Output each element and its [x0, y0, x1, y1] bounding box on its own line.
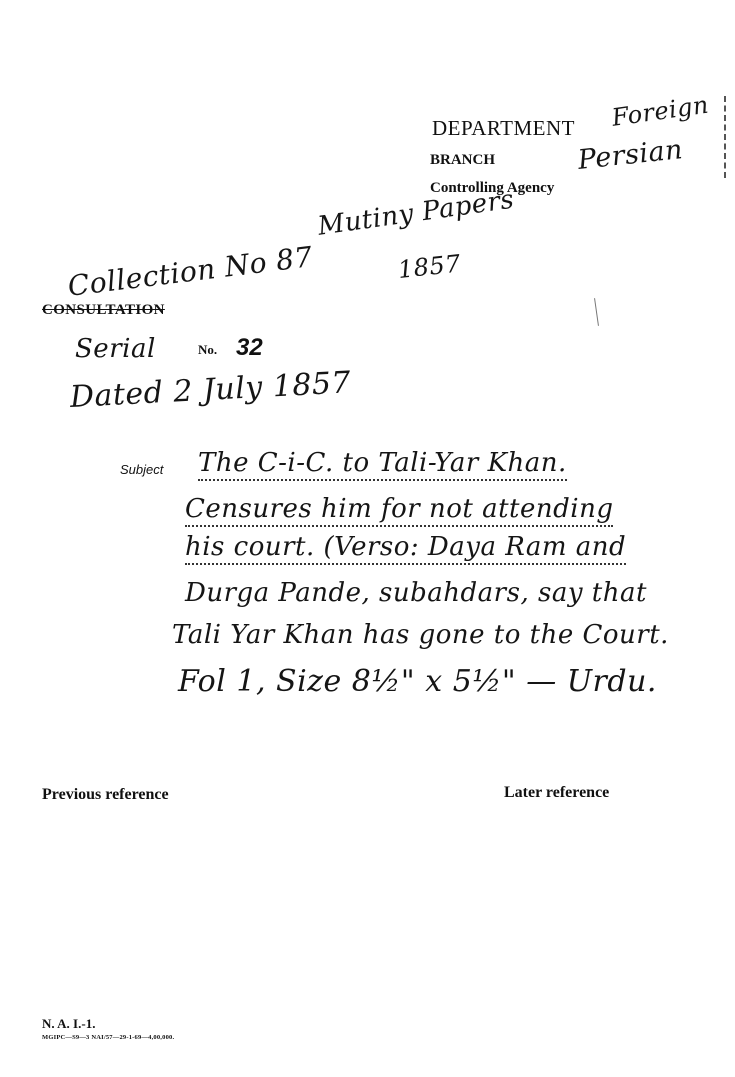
- consultation-text: CONSULTATION: [42, 302, 165, 318]
- branch-label: BRANCH: [430, 152, 495, 169]
- previous-reference-label: Previous reference: [42, 786, 169, 804]
- subject-line: Tali Yar Khan has gone to the Court.: [172, 620, 669, 650]
- later-reference-label: Later reference: [504, 784, 609, 802]
- edge-mark: [724, 96, 728, 178]
- annotation-year: 1857: [397, 249, 463, 283]
- dated: Dated 2 July 1857: [69, 365, 352, 415]
- subject-label: Subject: [120, 462, 163, 477]
- branch-value: Persian: [576, 134, 684, 176]
- consultation-label: CONSULTATION: [42, 302, 165, 319]
- print-code: MGIPC—S9—3 NAI/57—29-1-69—4,00,000.: [42, 1034, 174, 1041]
- department-label: DEPARTMENT: [432, 116, 575, 141]
- subject-line: Censures him for not attending: [185, 494, 613, 527]
- form-id: N. A. I.-1.: [42, 1016, 95, 1032]
- subject-line: Durga Pande, subahdars, say that: [185, 578, 647, 608]
- subject-line: Fol 1, Size 8½" x 5½" — Urdu.: [178, 664, 657, 699]
- serial-word: Serial: [75, 334, 156, 364]
- serial-no-label: No.: [198, 342, 217, 358]
- collection-number: Collection No 87: [66, 240, 315, 303]
- annotation-title: Mutiny Papers: [316, 185, 516, 242]
- subject-line: his court. (Verso: Daya Ram and: [185, 532, 626, 565]
- department-value: Foreign: [610, 91, 710, 132]
- subject-line: The C-i-C. to Tali-Yar Khan.: [198, 448, 567, 481]
- serial-number: 32: [236, 334, 263, 362]
- margin-mark: [594, 298, 599, 326]
